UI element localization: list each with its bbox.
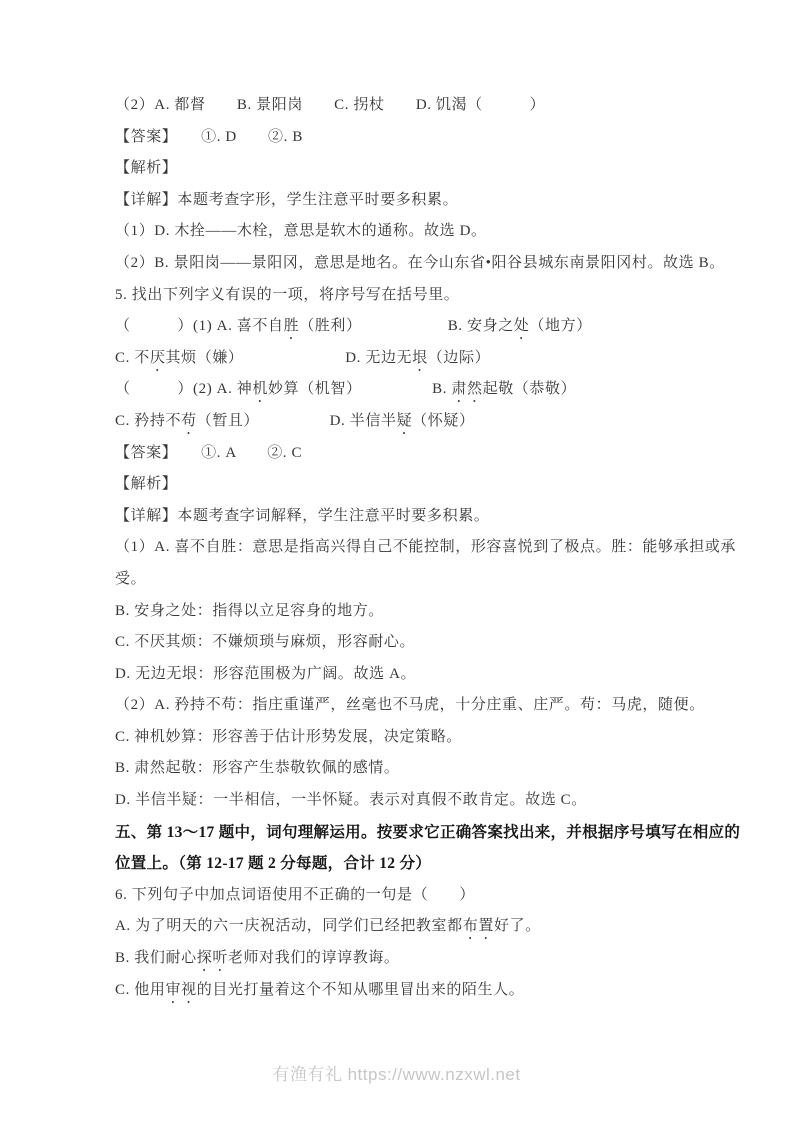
page: { "page": { "background": "#ffffff", "te… bbox=[0, 0, 793, 1122]
emphasized-text: 肃然 bbox=[451, 381, 482, 397]
text-segment: 【解析】 bbox=[115, 476, 177, 492]
text-segment: 的目光打量着这个不知从哪里冒出来的陌生人。 bbox=[197, 982, 525, 998]
emphasized-text: 苟 bbox=[181, 413, 197, 429]
text-line: C. 矜持不苟（暂且） D. 半信半疑（怀疑） bbox=[115, 406, 687, 438]
text-segment: （1）A. 喜不自胜：意思是指高兴得自己不能控制，形容喜悦到了极点。胜：能够承担… bbox=[115, 539, 736, 555]
emphasized-text: 探听 bbox=[197, 950, 228, 966]
text-line: 受。 bbox=[115, 564, 687, 596]
text-segment: 受。 bbox=[115, 571, 146, 587]
text-segment: （边际） bbox=[428, 350, 490, 366]
text-line: 【答案】 ①. A ②. C bbox=[115, 438, 687, 470]
emphasized-text: 布置 bbox=[463, 918, 494, 934]
text-segment: 【答案】 ①. A ②. C bbox=[115, 445, 302, 461]
text-line: （1）A. 喜不自胜：意思是指高兴得自己不能控制，形容喜悦到了极点。胜：能够承担… bbox=[115, 532, 687, 564]
text-segment: （2）A. 矜持不苟：指庄重谨严，丝毫也不马虎，十分庄重、庄严。苟：马虎，随便。 bbox=[115, 697, 705, 713]
text-segment: D. 半信半疑：一半相信，一半怀疑。表示对真假不敢肯定。故选 C。 bbox=[115, 792, 587, 808]
text-line: D. 半信半疑：一半相信，一半怀疑。表示对真假不敢肯定。故选 C。 bbox=[115, 785, 687, 817]
text-segment: 老师对我们的谆谆教诲。 bbox=[228, 950, 400, 966]
text-segment: （2）B. 景阳岗——景阳冈，意思是地名。在今山东省•阳谷县城东南景阳冈村。故选… bbox=[115, 255, 725, 271]
emphasized-text: 机 bbox=[252, 381, 268, 397]
text-line: C. 神机妙算：形容善于估计形势发展，决定策略。 bbox=[115, 722, 687, 754]
text-segment: 起敬（恭敬） bbox=[483, 381, 577, 397]
text-segment: B. 我们耐心 bbox=[115, 950, 197, 966]
text-segment: （地方） bbox=[529, 318, 591, 334]
text-segment: 其烦（嫌） D. 无边无 bbox=[166, 350, 413, 366]
emphasized-text: 胜 bbox=[284, 318, 300, 334]
text-line: （ ）(2) A. 神机妙算（机智） B. 肃然起敬（恭敬） bbox=[115, 374, 687, 406]
text-line: （2）A. 都督 B. 景阳岗 C. 拐杖 D. 饥渴（ ） bbox=[115, 90, 687, 122]
text-segment: 6. 下列句子中加点词语使用不正确的一句是（ ） bbox=[115, 887, 475, 903]
text-line: A. 为了明天的六一庆祝活动，同学们已经把教室都布置好了。 bbox=[115, 911, 687, 943]
text-segment: 【答案】 ①. D ②. B bbox=[115, 129, 303, 145]
text-line: B. 安身之处：指得以立足容身的地方。 bbox=[115, 596, 687, 628]
text-segment: 【详解】本题考查字形，学生注意平时要多积累。 bbox=[115, 192, 458, 208]
text-segment: C. 矜持不 bbox=[115, 413, 181, 429]
text-segment: 5. 找出下列字义有误的一项，将序号写在括号里。 bbox=[115, 287, 459, 303]
emphasized-text: 疑 bbox=[397, 413, 413, 429]
emphasized-text: 处 bbox=[514, 318, 530, 334]
text-segment: B. 安身之处：指得以立足容身的地方。 bbox=[115, 603, 384, 619]
text-segment: 妙算（机智） B. bbox=[268, 381, 451, 397]
text-line: 【详解】本题考查字形，学生注意平时要多积累。 bbox=[115, 185, 687, 217]
text-segment: C. 他用 bbox=[115, 982, 166, 998]
text-segment: A. 为了明天的六一庆祝活动，同学们已经把教室都 bbox=[115, 918, 463, 934]
text-segment: C. 神机妙算：形容善于估计形势发展，决定策略。 bbox=[115, 729, 462, 745]
document-body: （2）A. 都督 B. 景阳岗 C. 拐杖 D. 饥渴（ ）【答案】 ①. D … bbox=[115, 90, 687, 1006]
text-line: 【解析】 bbox=[115, 469, 687, 501]
text-line: B. 我们耐心探听老师对我们的谆谆教诲。 bbox=[115, 943, 687, 975]
text-segment: 位置上。（第 12-17 题 2 分每题，合计 12 分） bbox=[115, 855, 431, 872]
text-line: （2）B. 景阳岗——景阳冈，意思是地名。在今山东省•阳谷县城东南景阳冈村。故选… bbox=[115, 248, 687, 280]
text-segment: B. 肃然起敬：形容产生恭敬钦佩的感情。 bbox=[115, 760, 400, 776]
section-heading-line: 位置上。（第 12-17 题 2 分每题，合计 12 分） bbox=[115, 848, 687, 880]
emphasized-text: 厌 bbox=[150, 350, 166, 366]
text-segment: 五、第 13～17 题中，词句理解运用。按要求它正确答案找出来，并根据序号填写在… bbox=[115, 824, 740, 841]
text-segment: （ ）(2) A. 神 bbox=[115, 381, 252, 397]
text-line: 【详解】本题考查字词解释，学生注意平时要多积累。 bbox=[115, 501, 687, 533]
text-line: 6. 下列句子中加点词语使用不正确的一句是（ ） bbox=[115, 880, 687, 912]
text-line: C. 他用审视的目光打量着这个不知从哪里冒出来的陌生人。 bbox=[115, 975, 687, 1007]
text-segment: 【详解】本题考查字词解释，学生注意平时要多积累。 bbox=[115, 508, 489, 524]
text-line: （1）D. 木拴——木栓，意思是软木的通称。故选 D。 bbox=[115, 216, 687, 248]
text-line: 【解析】 bbox=[115, 153, 687, 185]
text-line: （2）A. 矜持不苟：指庄重谨严，丝毫也不马虎，十分庄重、庄严。苟：马虎，随便。 bbox=[115, 690, 687, 722]
emphasized-text: 审视 bbox=[166, 982, 197, 998]
text-line: 5. 找出下列字义有误的一项，将序号写在括号里。 bbox=[115, 280, 687, 312]
text-line: 【答案】 ①. D ②. B bbox=[115, 122, 687, 154]
text-line: B. 肃然起敬：形容产生恭敬钦佩的感情。 bbox=[115, 753, 687, 785]
text-segment: （暂且） D. 半信半 bbox=[197, 413, 397, 429]
text-line: C. 不厌其烦（嫌） D. 无边无垠（边际） bbox=[115, 343, 687, 375]
text-segment: （1）D. 木拴——木栓，意思是软木的通称。故选 D。 bbox=[115, 223, 487, 239]
text-line: （ ）(1) A. 喜不自胜（胜利） B. 安身之处（地方） bbox=[115, 311, 687, 343]
footer-watermark-link[interactable]: 有渔有礼 https://www.nzxwl.net bbox=[0, 1060, 793, 1090]
text-line: D. 无边无垠：形容范围极为广阔。故选 A。 bbox=[115, 659, 687, 691]
text-line: C. 不厌其烦：不嫌烦琐与麻烦，形容耐心。 bbox=[115, 627, 687, 659]
text-segment: （2）A. 都督 B. 景阳岗 C. 拐杖 D. 饥渴（ ） bbox=[115, 97, 545, 113]
text-segment: （ ）(1) A. 喜不自 bbox=[115, 318, 284, 334]
emphasized-text: 垠 bbox=[412, 350, 428, 366]
text-segment: 【解析】 bbox=[115, 160, 177, 176]
text-segment: C. 不 bbox=[115, 350, 150, 366]
text-segment: （胜利） B. 安身之 bbox=[299, 318, 514, 334]
section-heading-line: 五、第 13～17 题中，词句理解运用。按要求它正确答案找出来，并根据序号填写在… bbox=[115, 817, 687, 849]
text-segment: D. 无边无垠：形容范围极为广阔。故选 A。 bbox=[115, 666, 416, 682]
text-segment: 好了。 bbox=[494, 918, 541, 934]
text-segment: C. 不厌其烦：不嫌烦琐与麻烦，形容耐心。 bbox=[115, 634, 415, 650]
text-segment: （怀疑） bbox=[412, 413, 474, 429]
